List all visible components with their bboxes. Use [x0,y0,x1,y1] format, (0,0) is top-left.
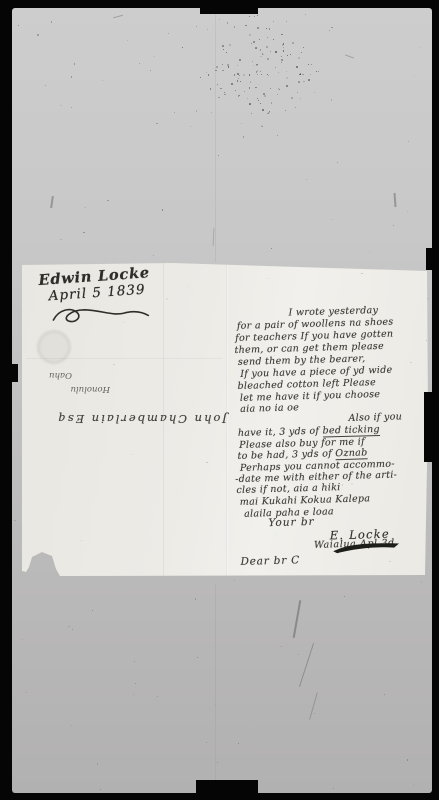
film-tab-left [12,364,18,382]
film-tab-top [200,8,258,14]
signature-flourish [332,541,402,555]
film-seam-top [215,8,216,262]
film-tab-right-upper [426,248,432,270]
letter-salutation: Dear br C [240,554,300,568]
film-tab-bottom [196,780,258,793]
letter-line: aia no ia oe [240,402,299,415]
letter-text: Waialua Apl 3d Dear br C I wrote yesterd… [21,257,436,588]
letter-line: Also if you [348,411,402,423]
letter-signature: E. Locke [330,527,390,543]
letter-closing: Your br [268,516,315,529]
film-frame: Edwin Locke April 5 1839 HonoluluOahu Jo… [0,0,439,800]
letter-line: mai Kukahi Kokua Kalepa [240,493,371,508]
letter-paper: Edwin Locke April 5 1839 HonoluluOahu Jo… [22,262,428,582]
film-seam-bottom [215,583,216,793]
film-tab-right-lower [424,392,432,462]
